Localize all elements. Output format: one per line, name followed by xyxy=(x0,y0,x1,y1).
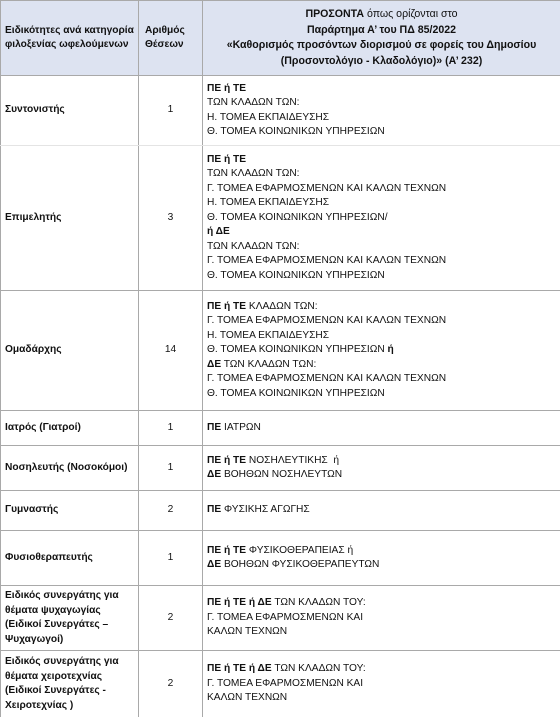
qualification-text: ΝΟΣΗΛΕΥΤΙΚΗΣ ή xyxy=(246,455,339,466)
specialty-cell: Ομαδάρχης xyxy=(1,291,139,411)
qualification-text: ΤΩΝ ΚΛΑΔΩΝ ΤΩΝ: xyxy=(221,359,316,370)
qualification-line: ΚΑΛΩΝ ΤΕΧΝΩΝ xyxy=(207,691,556,706)
qualifications-cell: ΠΕ ή ΤΕ ή ΔΕ ΤΩΝ ΚΛΑΔΩΝ ΤΟΥ:Γ. ΤΟΜΕΑ ΕΦΑ… xyxy=(203,651,560,717)
header-line-3: «Καθορισμός προσόντων διορισμού σε φορεί… xyxy=(207,38,556,54)
qualification-text: Γ. ΤΟΜΕΑ ΕΦΑΡΜΟΣΜΕΝΩΝ ΚΑΙ ΚΑΛΩΝ ΤΕΧΝΩΝ xyxy=(207,373,446,384)
table-row: Ειδικός συνεργάτης για θέματα χειροτεχνί… xyxy=(1,651,560,717)
positions-cell: 3 xyxy=(139,146,203,291)
qualification-text: ΤΩΝ ΚΛΑΔΩΝ ΤΩΝ: xyxy=(207,168,300,179)
positions-cell: 14 xyxy=(139,291,203,411)
qualification-line: ΠΕ ή ΤΕ ή ΔΕ ΤΩΝ ΚΛΑΔΩΝ ΤΟΥ: xyxy=(207,596,556,611)
qualification-text: Θ. ΤΟΜΕΑ ΚΟΙΝΩΝΙΚΩΝ ΥΠΗΡΕΣΙΩΝ/ xyxy=(207,212,388,223)
qualification-line: ή ΔΕ xyxy=(207,225,556,240)
qualification-level: ΠΕ ή ΤΕ xyxy=(207,83,246,94)
qualification-text: ΦΥΣΙΚΟΘΕΡΑΠΕΙΑΣ ή xyxy=(246,545,353,556)
positions-cell: 2 xyxy=(139,651,203,717)
qualification-line: Γ. ΤΟΜΕΑ ΕΦΑΡΜΟΣΜΕΝΩΝ ΚΑΙ ΚΑΛΩΝ ΤΕΧΝΩΝ xyxy=(207,372,556,387)
qualification-text: ΚΑΛΩΝ ΤΕΧΝΩΝ xyxy=(207,692,287,703)
qualification-level: ΔΕ xyxy=(207,559,221,570)
qualification-level: ΠΕ ή ΤΕ xyxy=(207,301,246,312)
positions-cell: 1 xyxy=(139,411,203,446)
qualification-line: Η. ΤΟΜΕΑ ΕΚΠΑΙΔΕΥΣΗΣ xyxy=(207,111,556,126)
qualification-level: ΠΕ xyxy=(207,504,221,515)
qualification-text: Η. ΤΟΜΕΑ ΕΚΠΑΙΔΕΥΣΗΣ xyxy=(207,112,329,123)
qualification-text: Θ. ΤΟΜΕΑ ΚΟΙΝΩΝΙΚΩΝ ΥΠΗΡΕΣΙΩΝ xyxy=(207,126,385,137)
header-qualifications-rest: όπως ορίζονται στο xyxy=(364,8,458,20)
specialty-cell: Γυμναστής xyxy=(1,491,139,531)
table-header-row: Ειδικότητες ανά κατηγορία φιλοξενίας ωφε… xyxy=(1,1,560,76)
qualification-line: ΔΕ ΤΩΝ ΚΛΑΔΩΝ ΤΩΝ: xyxy=(207,358,556,373)
qualification-level: ΠΕ ή ΤΕ xyxy=(207,545,246,556)
qualification-level: ΔΕ xyxy=(207,469,221,480)
qualification-level: ΔΕ xyxy=(207,359,221,370)
positions-cell: 1 xyxy=(139,446,203,491)
qualification-line: ΠΕ ή ΤΕ xyxy=(207,153,556,168)
qualification-line: Θ. ΤΟΜΕΑ ΚΟΙΝΩΝΙΚΩΝ ΥΠΗΡΕΣΙΩΝ/ xyxy=(207,211,556,226)
qualification-text: ΤΩΝ ΚΛΑΔΩΝ ΤΩΝ: xyxy=(207,241,300,252)
qualification-level: ΠΕ ή ΤΕ xyxy=(207,154,246,165)
qualification-line: Γ. ΤΟΜΕΑ ΕΦΑΡΜΟΣΜΕΝΩΝ ΚΑΙ xyxy=(207,677,556,692)
table-row: Ιατρός (Γιατροί)1ΠΕ ΙΑΤΡΩΝ xyxy=(1,411,560,446)
header-specialty: Ειδικότητες ανά κατηγορία φιλοξενίας ωφε… xyxy=(1,1,139,76)
table-row: Επιμελητής3ΠΕ ή ΤΕΤΩΝ ΚΛΑΔΩΝ ΤΩΝ:Γ. ΤΟΜΕ… xyxy=(1,146,560,291)
qualifications-cell: ΠΕ ή ΤΕΤΩΝ ΚΛΑΔΩΝ ΤΩΝ:Η. ΤΟΜΕΑ ΕΚΠΑΙΔΕΥΣ… xyxy=(203,76,560,146)
table-row: Νοσηλευτής (Νοσοκόμοι)1ΠΕ ή ΤΕ ΝΟΣΗΛΕΥΤΙ… xyxy=(1,446,560,491)
qualification-line: ΚΑΛΩΝ ΤΕΧΝΩΝ xyxy=(207,625,556,640)
qualification-level: ΠΕ ή ΤΕ ή ΔΕ xyxy=(207,663,272,674)
table-body: Συντονιστής1ΠΕ ή ΤΕΤΩΝ ΚΛΑΔΩΝ ΤΩΝ:Η. ΤΟΜ… xyxy=(1,76,560,717)
qualification-text: ΦΥΣΙΚΗΣ ΑΓΩΓΗΣ xyxy=(221,504,310,515)
specialty-cell: Επιμελητής xyxy=(1,146,139,291)
qualification-line: ΠΕ ή ΤΕ ή ΔΕ ΤΩΝ ΚΛΑΔΩΝ ΤΟΥ: xyxy=(207,662,556,677)
positions-cell: 2 xyxy=(139,586,203,651)
qualification-line: Γ. ΤΟΜΕΑ ΕΦΑΡΜΟΣΜΕΝΩΝ ΚΑΙ ΚΑΛΩΝ ΤΕΧΝΩΝ xyxy=(207,182,556,197)
table-row: Συντονιστής1ΠΕ ή ΤΕΤΩΝ ΚΛΑΔΩΝ ΤΩΝ:Η. ΤΟΜ… xyxy=(1,76,560,146)
qualification-text: Γ. ΤΟΜΕΑ ΕΦΑΡΜΟΣΜΕΝΩΝ ΚΑΙ ΚΑΛΩΝ ΤΕΧΝΩΝ xyxy=(207,255,446,266)
qualifications-table: Ειδικότητες ανά κατηγορία φιλοξενίας ωφε… xyxy=(0,0,560,717)
qualification-text: ΒΟΗΘΩΝ ΝΟΣΗΛΕΥΤΩΝ xyxy=(221,469,342,480)
qualification-line: Θ. ΤΟΜΕΑ ΚΟΙΝΩΝΙΚΩΝ ΥΠΗΡΕΣΙΩΝ xyxy=(207,125,556,140)
qualification-line: Θ. ΤΟΜΕΑ ΚΟΙΝΩΝΙΚΩΝ ΥΠΗΡΕΣΙΩΝ xyxy=(207,387,556,402)
qualifications-cell: ΠΕ ή ΤΕ ΚΛΑΔΩΝ ΤΩΝ:Γ. ΤΟΜΕΑ ΕΦΑΡΜΟΣΜΕΝΩΝ… xyxy=(203,291,560,411)
qualification-line: ΔΕ ΒΟΗΘΩΝ ΦΥΣΙΚΟΘΕΡΑΠΕΥΤΩΝ xyxy=(207,558,556,573)
qualification-text: ΤΩΝ ΚΛΑΔΩΝ ΤΟΥ: xyxy=(272,597,366,608)
specialty-cell: Συντονιστής xyxy=(1,76,139,146)
qualification-text: Θ. ΤΟΜΕΑ ΚΟΙΝΩΝΙΚΩΝ ΥΠΗΡΕΣΙΩΝ xyxy=(207,388,385,399)
qualification-line: ΤΩΝ ΚΛΑΔΩΝ ΤΩΝ: xyxy=(207,167,556,182)
qualification-line: Η. ΤΟΜΕΑ ΕΚΠΑΙΔΕΥΣΗΣ xyxy=(207,329,556,344)
qualification-text: Η. ΤΟΜΕΑ ΕΚΠΑΙΔΕΥΣΗΣ xyxy=(207,330,329,341)
qualifications-cell: ΠΕ ή ΤΕ ΦΥΣΙΚΟΘΕΡΑΠΕΙΑΣ ήΔΕ ΒΟΗΘΩΝ ΦΥΣΙΚ… xyxy=(203,531,560,586)
qualification-text: Η. ΤΟΜΕΑ ΕΚΠΑΙΔΕΥΣΗΣ xyxy=(207,197,329,208)
specialty-cell: Φυσιοθεραπευτής xyxy=(1,531,139,586)
qualification-text: ΚΛΑΔΩΝ ΤΩΝ: xyxy=(246,301,318,312)
header-qualifications: ΠΡΟΣΟΝΤΑ όπως ορίζονται στο Παράρτημα Α’… xyxy=(203,1,560,76)
qualification-level: ΠΕ xyxy=(207,422,221,433)
header-qualifications-bold: ΠΡΟΣΟΝΤΑ xyxy=(305,8,364,20)
qualification-text: Γ. ΤΟΜΕΑ ΕΦΑΡΜΟΣΜΕΝΩΝ ΚΑΙ ΚΑΛΩΝ ΤΕΧΝΩΝ xyxy=(207,315,446,326)
qualification-line: ΠΕ ή ΤΕ ΝΟΣΗΛΕΥΤΙΚΗΣ ή xyxy=(207,454,556,469)
qualification-text: ΙΑΤΡΩΝ xyxy=(221,422,261,433)
qualification-line: Η. ΤΟΜΕΑ ΕΚΠΑΙΔΕΥΣΗΣ xyxy=(207,196,556,211)
qualification-line: Γ. ΤΟΜΕΑ ΕΦΑΡΜΟΣΜΕΝΩΝ ΚΑΙ ΚΑΛΩΝ ΤΕΧΝΩΝ xyxy=(207,314,556,329)
table-row: Ομαδάρχης14ΠΕ ή ΤΕ ΚΛΑΔΩΝ ΤΩΝ:Γ. ΤΟΜΕΑ Ε… xyxy=(1,291,560,411)
qualification-line: ΠΕ ή ΤΕ ΚΛΑΔΩΝ ΤΩΝ: xyxy=(207,300,556,315)
specialty-cell: Ιατρός (Γιατροί) xyxy=(1,411,139,446)
qualification-level: ή ΔΕ xyxy=(207,226,230,237)
qualification-line: ΔΕ ΒΟΗΘΩΝ ΝΟΣΗΛΕΥΤΩΝ xyxy=(207,468,556,483)
qualification-text: ΚΑΛΩΝ ΤΕΧΝΩΝ xyxy=(207,626,287,637)
positions-cell: 2 xyxy=(139,491,203,531)
header-line-4: (Προσοντολόγιο - Κλαδολόγιο)» (Α’ 232) xyxy=(207,54,556,70)
qualification-text: ΤΩΝ ΚΛΑΔΩΝ ΤΟΥ: xyxy=(272,663,366,674)
specialty-cell: Νοσηλευτής (Νοσοκόμοι) xyxy=(1,446,139,491)
specialty-cell: Ειδικός συνεργάτης για θέματα χειροτεχνί… xyxy=(1,651,139,717)
qualification-line: Θ. ΤΟΜΕΑ ΚΟΙΝΩΝΙΚΩΝ ΥΠΗΡΕΣΙΩΝ ή xyxy=(207,343,556,358)
qualifications-cell: ΠΕ ΦΥΣΙΚΗΣ ΑΓΩΓΗΣ xyxy=(203,491,560,531)
qualifications-cell: ΠΕ ή ΤΕ ή ΔΕ ΤΩΝ ΚΛΑΔΩΝ ΤΟΥ:Γ. ΤΟΜΕΑ ΕΦΑ… xyxy=(203,586,560,651)
positions-cell: 1 xyxy=(139,76,203,146)
qualification-line: ΠΕ ΦΥΣΙΚΗΣ ΑΓΩΓΗΣ xyxy=(207,503,556,518)
qualification-line: ΠΕ ΙΑΤΡΩΝ xyxy=(207,421,556,436)
qualification-line: ΠΕ ή ΤΕ xyxy=(207,82,556,97)
qualification-line: Γ. ΤΟΜΕΑ ΕΦΑΡΜΟΣΜΕΝΩΝ ΚΑΙ xyxy=(207,611,556,626)
qualification-text: ΒΟΗΘΩΝ ΦΥΣΙΚΟΘΕΡΑΠΕΥΤΩΝ xyxy=(221,559,379,570)
qualification-line: Θ. ΤΟΜΕΑ ΚΟΙΝΩΝΙΚΩΝ ΥΠΗΡΕΣΙΩΝ xyxy=(207,269,556,284)
qualification-text: Θ. ΤΟΜΕΑ ΚΟΙΝΩΝΙΚΩΝ ΥΠΗΡΕΣΙΩΝ xyxy=(207,344,385,355)
qualification-line: ΠΕ ή ΤΕ ΦΥΣΙΚΟΘΕΡΑΠΕΙΑΣ ή xyxy=(207,544,556,559)
qualification-level: ΠΕ ή ΤΕ ή ΔΕ xyxy=(207,597,272,608)
qualification-text: Γ. ΤΟΜΕΑ ΕΦΑΡΜΟΣΜΕΝΩΝ ΚΑΙ ΚΑΛΩΝ ΤΕΧΝΩΝ xyxy=(207,183,446,194)
qualification-text: Θ. ΤΟΜΕΑ ΚΟΙΝΩΝΙΚΩΝ ΥΠΗΡΕΣΙΩΝ xyxy=(207,270,385,281)
qualification-text: Γ. ΤΟΜΕΑ ΕΦΑΡΜΟΣΜΕΝΩΝ ΚΑΙ xyxy=(207,612,363,623)
qualification-line: ΤΩΝ ΚΛΑΔΩΝ ΤΩΝ: xyxy=(207,96,556,111)
qualification-line: Γ. ΤΟΜΕΑ ΕΦΑΡΜΟΣΜΕΝΩΝ ΚΑΙ ΚΑΛΩΝ ΤΕΧΝΩΝ xyxy=(207,254,556,269)
table-row: Ειδικός συνεργάτης για θέματα ψυχαγωγίας… xyxy=(1,586,560,651)
table-row: Φυσιοθεραπευτής1ΠΕ ή ΤΕ ΦΥΣΙΚΟΘΕΡΑΠΕΙΑΣ … xyxy=(1,531,560,586)
table-row: Γυμναστής2ΠΕ ΦΥΣΙΚΗΣ ΑΓΩΓΗΣ xyxy=(1,491,560,531)
positions-cell: 1 xyxy=(139,531,203,586)
qualification-text: ΤΩΝ ΚΛΑΔΩΝ ΤΩΝ: xyxy=(207,97,300,108)
qualifications-cell: ΠΕ ΙΑΤΡΩΝ xyxy=(203,411,560,446)
qualifications-cell: ΠΕ ή ΤΕΤΩΝ ΚΛΑΔΩΝ ΤΩΝ:Γ. ΤΟΜΕΑ ΕΦΑΡΜΟΣΜΕ… xyxy=(203,146,560,291)
qualification-text: Γ. ΤΟΜΕΑ ΕΦΑΡΜΟΣΜΕΝΩΝ ΚΑΙ xyxy=(207,678,363,689)
qualification-connector: ή xyxy=(385,344,394,355)
header-positions: Αριθμός Θέσεων xyxy=(139,1,203,76)
qualification-line: ΤΩΝ ΚΛΑΔΩΝ ΤΩΝ: xyxy=(207,240,556,255)
qualification-level: ΠΕ ή ΤΕ xyxy=(207,455,246,466)
header-line-2: Παράρτημα Α’ του ΠΔ 85/2022 xyxy=(207,23,556,39)
specialty-cell: Ειδικός συνεργάτης για θέματα ψυχαγωγίας… xyxy=(1,586,139,651)
qualifications-cell: ΠΕ ή ΤΕ ΝΟΣΗΛΕΥΤΙΚΗΣ ήΔΕ ΒΟΗΘΩΝ ΝΟΣΗΛΕΥΤ… xyxy=(203,446,560,491)
